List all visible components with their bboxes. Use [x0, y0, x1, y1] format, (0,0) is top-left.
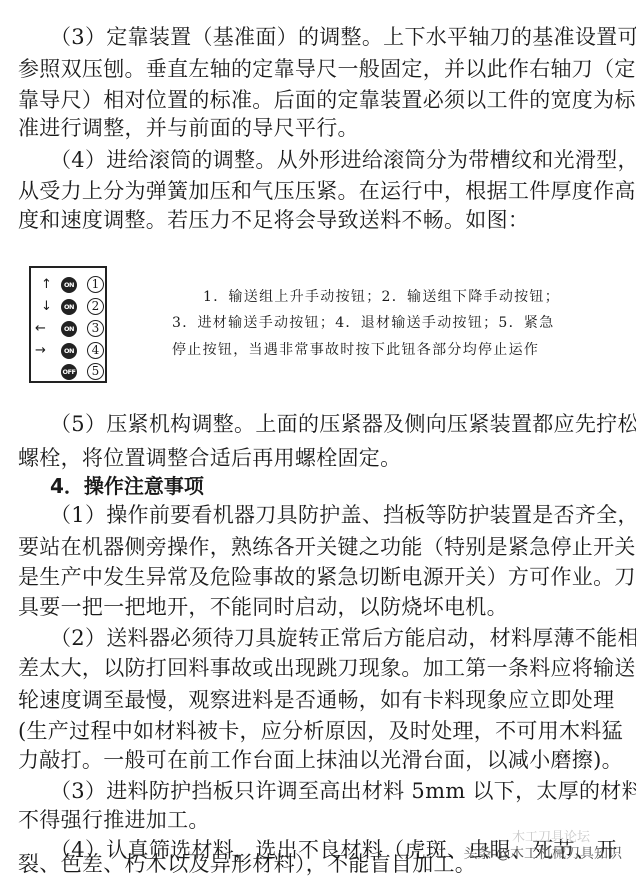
s1-line-3: 是生产中发生异常及危险事故的紧急切断电源开关）方可作业。刀 [18, 563, 603, 591]
p5-line-1: （5）压紧机构调整。上面的压紧器及侧向压紧装置都应先拧松 [50, 410, 603, 438]
on-button-icon: ON [61, 277, 77, 293]
circled-number-1: 1 [87, 276, 104, 293]
on-button-icon: ON [61, 299, 77, 315]
p4-line-3: 度和速度调整。若压力不足将会导致送料不畅。如图： [18, 206, 603, 234]
p4-line-2: 从受力上分为弹簧加压和气压压紧。在运行中，根据工件厚度作高 [18, 177, 603, 205]
off-button-icon: OFF [61, 364, 77, 380]
s1-line-4: 具要一把一把地开，不能同时启动，以防烧坏电机。 [18, 593, 603, 621]
p4-line-1: （4）进给滚筒的调整。从外形进给滚筒分为带槽纹和光滑型， [50, 146, 603, 174]
diagram-row-5: OFF 5 [31, 362, 105, 382]
s1-line-1: （1）操作前要看机器刀具防护盖、挡板等防护装置是否齐全， [50, 501, 603, 529]
arrow-up-icon: ↑ [41, 275, 52, 295]
s2-line-5: 力敲打。一般可在前工作台面上抹油以光滑台面，以减小磨擦)。 [18, 746, 603, 774]
diagram-row-3: ← ON 3 [31, 319, 105, 339]
s3-line-1: （3）进料防护挡板只许调至高出材料 5mm 以下，太厚的材料 [50, 777, 603, 805]
s2-line-3: 轮速度调至最慢，观察进料是否通畅，如有卡料现象应立即处理 [18, 686, 603, 714]
p3-line-3: 靠导尺）相对位置的标准。后面的定靠装置必须以工件的宽度为标 [18, 86, 603, 114]
diagram-row-1: ↑ ON 1 [31, 275, 105, 295]
on-button-icon: ON [61, 321, 77, 337]
section-heading: 4．操作注意事项 [50, 472, 204, 500]
arrow-right-icon: → [35, 341, 46, 361]
control-panel-diagram: ↑ ON 1 ↓ ON 2 ← ON 3 → ON 4 OFF 5 [29, 266, 107, 383]
diagram-caption-line-2: 3．进材输送手动按钮；4．退材输送手动按钮；5．紧急 [172, 313, 555, 333]
p3-line-2: 参照双压刨。垂直左轴的定靠导尺一般固定，并以此作右轴刀（定 [18, 55, 603, 83]
diagram-row-2: ↓ ON 2 [31, 297, 105, 317]
s4-line-2: 裂、色差、朽木以及异形材料），不能盲目加工。 [18, 850, 476, 877]
circled-number-5: 5 [87, 363, 104, 380]
on-button-icon: ON [61, 343, 77, 359]
circled-number-2: 2 [87, 298, 104, 315]
arrow-down-icon: ↓ [41, 297, 52, 317]
watermark: 头条 @木工机械刀具知识 [464, 843, 622, 863]
s2-line-1: （2）送料器必须待刀具旋转正常后方能启动，材料厚薄不能相 [50, 624, 603, 652]
s2-line-2: 差太大，以防打回料事故或出现跳刀现象。加工第一条料应将输送 [18, 654, 603, 682]
diagram-caption-line-3: 停止按钮，当遇非常事故时按下此钮各部分均停止运作 [172, 340, 539, 360]
diagram-caption-line-1: 1．输送组上升手动按钮；2．输送组下降手动按钮； [203, 287, 560, 307]
circled-number-3: 3 [87, 320, 104, 337]
circled-number-4: 4 [87, 342, 104, 359]
s1-line-2: 要站在机器侧旁操作，熟练各开关键之功能（特别是紧急停止开关 [18, 533, 603, 561]
p5-line-2: 螺栓，将位置调整合适后再用螺栓固定。 [18, 444, 603, 472]
p3-line-4: 准进行调整，并与前面的导尺平行。 [18, 114, 603, 142]
arrow-left-icon: ← [35, 319, 46, 339]
p3-line-1: （3）定靠装置（基准面）的调整。上下水平轴刀的基准设置可 [50, 23, 603, 51]
s2-line-4: (生产过程中如材料被卡，应分析原因，及时处理，不可用木料猛 [18, 717, 603, 745]
diagram-row-4: → ON 4 [31, 341, 105, 361]
